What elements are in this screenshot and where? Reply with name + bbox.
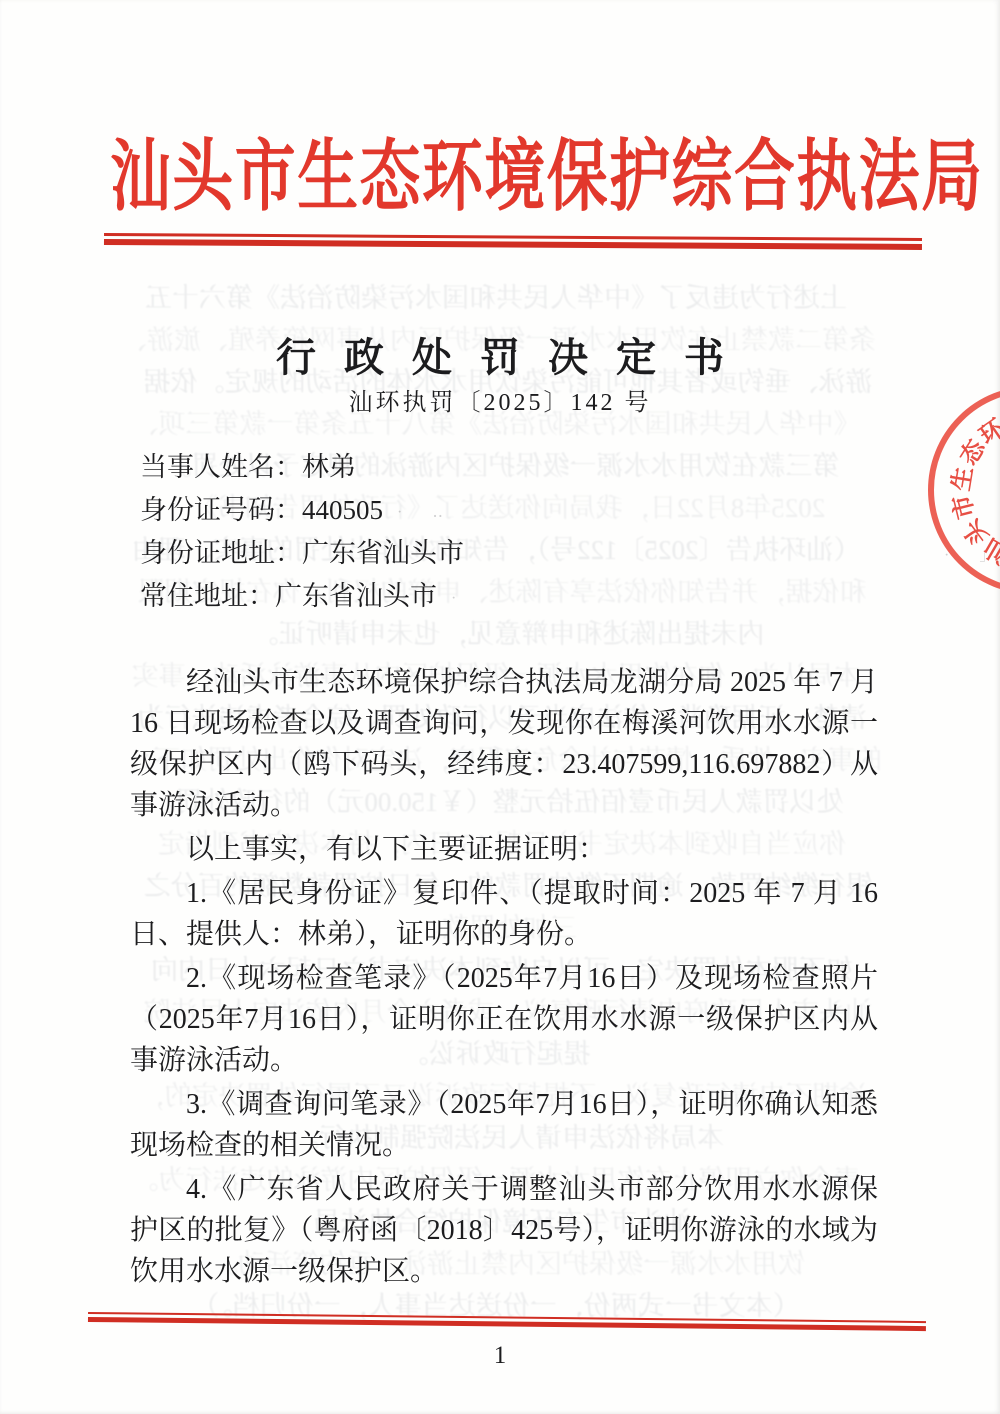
party-id-address-value: 广东省汕头市	[302, 538, 464, 568]
party-residence-value: 广东省汕头市	[275, 581, 437, 611]
page-number: 1	[0, 1342, 1000, 1370]
party-id-value: 440505	[302, 495, 383, 525]
body-paragraphs: 经汕头市生态环境保护综合执法局龙湖分局 2025 年 7 月 16 日现场检查以…	[130, 662, 878, 1295]
party-id-address-label: 身份证地址：	[140, 538, 302, 568]
residence-redaction-marks: ·	[451, 577, 486, 620]
body-paragraph: 3.《调查询问笔录》（2025年7月16日），证明你确认知悉现场检查的相关情况。	[130, 1084, 878, 1166]
agency-letterhead-title: 汕头市生态环境保护综合执法局	[110, 138, 890, 216]
bleedthrough-text-line: 内未提出陈述和申辩意见，也未申请听证。	[134, 614, 882, 655]
party-name-row: 当事人姓名：林弟	[140, 446, 900, 489]
document-title: 行政处罚决定书	[0, 326, 1000, 383]
letterhead-divider-line	[104, 233, 922, 250]
party-id-label: 身份证号码：	[140, 495, 302, 525]
body-paragraph: 以上事实，有以下主要证据证明：	[130, 829, 878, 870]
party-name-label: 当事人姓名：	[140, 452, 302, 482]
party-name-value: 林弟	[302, 452, 356, 482]
bleedthrough-text-line: 上述行为违反了《中华人民共和国水污染防治法》第六十五	[122, 278, 870, 319]
body-paragraph: 2.《现场检查笔录》（2025年7月16日）及现场检查照片（2025年7月16日…	[130, 958, 878, 1081]
party-residence-label: 常住地址：	[140, 581, 275, 611]
body-paragraph: 经汕头市生态环境保护综合执法局龙湖分局 2025 年 7 月 16 日现场检查以…	[130, 662, 878, 826]
footer-divider-line	[88, 1312, 926, 1331]
document-number: 汕环执罚〔2025〕142 号	[0, 382, 1000, 417]
seal-character: 生	[941, 464, 979, 493]
party-id-row: 身份证号码：440505·‥	[140, 489, 900, 532]
scanned-document-page: 上述行为违反了《中华人民共和国水污染防治法》第六十五条第二款禁止在饮用水水源一级…	[0, 0, 1000, 1414]
id-redaction-marks: ·‥	[397, 491, 473, 534]
party-residence-row: 常住地址：广东省汕头市·	[140, 575, 900, 618]
official-red-seal: 汕头市生态环境保护综合执法局	[928, 386, 1000, 594]
party-id-address-row: 身份证地址：广东省汕头市·」·	[140, 532, 900, 575]
party-info-block: 当事人姓名：林弟 身份证号码：440505·‥ 身份证地址：广东省汕头市·」· …	[140, 446, 900, 618]
body-paragraph: 4.《广东省人民政府关于调整汕头市部分饮用水水源保护区的批复》（粤府函〔2018…	[130, 1169, 878, 1292]
body-paragraph: 1.《居民身份证》复印件、（提取时间：2025 年 7 月 16 日、提供人：林…	[130, 873, 878, 955]
